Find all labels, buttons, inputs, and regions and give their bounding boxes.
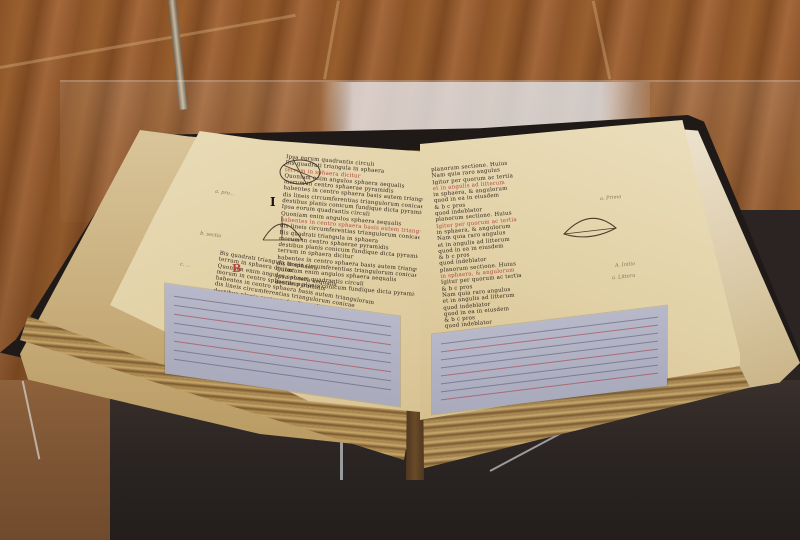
margin-note: c. ... — [180, 261, 191, 268]
lens-diagram-icon — [560, 212, 620, 242]
photo-scene: Ipsa eorum quadrantis circuli Bis quadra… — [0, 0, 800, 540]
circle-diagram-icon — [275, 155, 325, 190]
antique-book: Ipsa eorum quadrantis circuli Bis quadra… — [0, 0, 800, 540]
arc-diagram-icon — [260, 212, 305, 244]
initial-letter: I — [270, 195, 276, 209]
right-page-text: planorum sectione. Huius Nam quia raro a… — [431, 153, 605, 336]
rubric-initial: B — [232, 262, 241, 275]
